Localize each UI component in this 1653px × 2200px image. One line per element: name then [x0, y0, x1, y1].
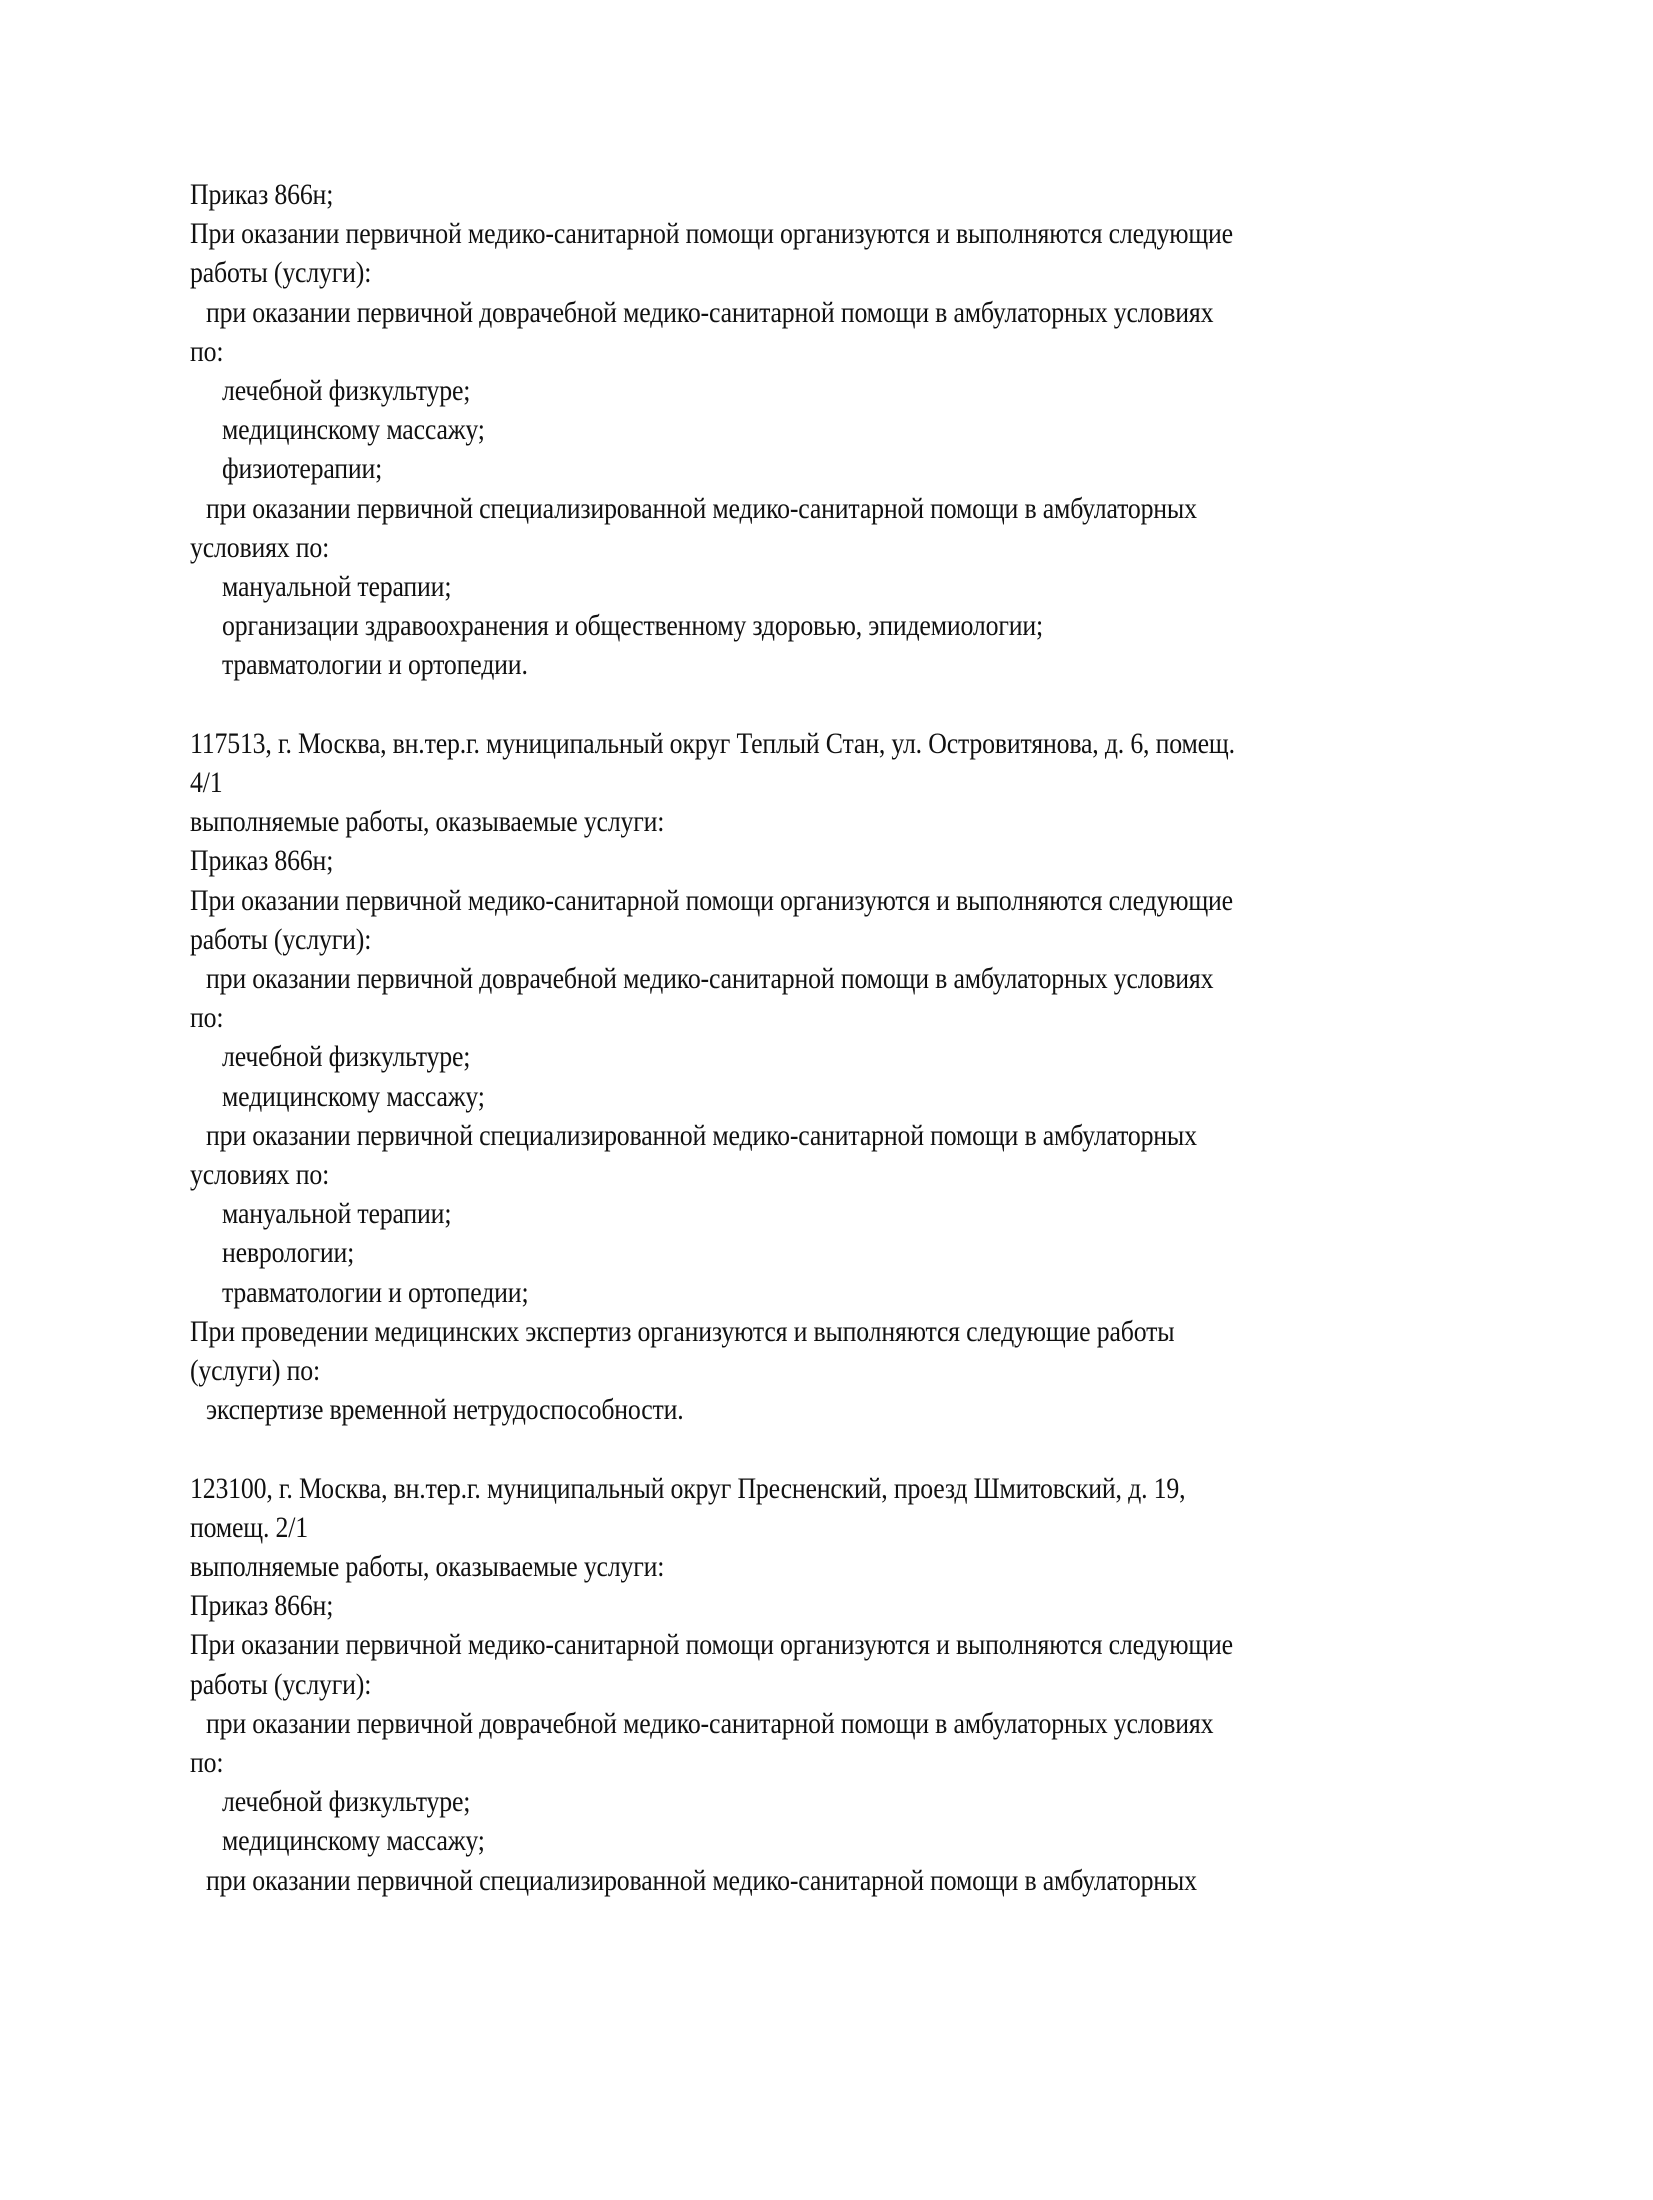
- document-line: условиях по:: [190, 1158, 329, 1192]
- document-line: 4/1: [190, 766, 222, 800]
- document-line: При проведении медицинских экспертиз орг…: [190, 1315, 1174, 1349]
- document-line: (услуги) по:: [190, 1354, 320, 1388]
- document-line: мануальной терапии;: [222, 570, 451, 604]
- document-line: при оказании первичной специализированно…: [206, 1864, 1197, 1898]
- document-line: медицинскому массажу;: [222, 413, 485, 447]
- document-line: при оказании первичной специализированно…: [206, 1119, 1197, 1153]
- document-line: работы (услуги):: [190, 923, 371, 957]
- document-line: экспертизе временной нетрудоспособности.: [206, 1393, 684, 1427]
- document-line: Приказ 866н;: [190, 1589, 333, 1623]
- document-line: лечебной физкультуре;: [222, 1040, 470, 1074]
- document-page: Приказ 866н;При оказании первичной медик…: [0, 0, 1653, 2200]
- document-line: При оказании первичной медико-санитарной…: [190, 1628, 1233, 1662]
- document-line: травматологии и ортопедии.: [222, 648, 528, 682]
- document-line: лечебной физкультуре;: [222, 1785, 470, 1819]
- document-line: по:: [190, 1001, 223, 1035]
- document-line: лечебной физкультуре;: [222, 374, 470, 408]
- document-line: При оказании первичной медико-санитарной…: [190, 217, 1233, 251]
- document-line: 117513, г. Москва, вн.тер.г. муниципальн…: [190, 727, 1235, 761]
- document-line: медицинскому массажу;: [222, 1080, 485, 1114]
- document-line: мануальной терапии;: [222, 1197, 451, 1231]
- document-line: неврологии;: [222, 1236, 354, 1270]
- document-line: при оказании первичной доврачебной медик…: [206, 1707, 1213, 1741]
- document-line: по:: [190, 1746, 223, 1780]
- document-line: при оказании первичной специализированно…: [206, 492, 1197, 526]
- document-line: при оказании первичной доврачебной медик…: [206, 296, 1213, 330]
- document-line: выполняемые работы, оказываемые услуги:: [190, 1550, 664, 1584]
- document-line: условиях по:: [190, 531, 329, 565]
- document-line: медицинскому массажу;: [222, 1824, 485, 1858]
- document-line: при оказании первичной доврачебной медик…: [206, 962, 1213, 996]
- document-line: по:: [190, 335, 223, 369]
- document-line: помещ. 2/1: [190, 1511, 308, 1545]
- document-line: Приказ 866н;: [190, 844, 333, 878]
- document-line: организации здравоохранения и общественн…: [222, 609, 1043, 643]
- document-line: травматологии и ортопедии;: [222, 1276, 528, 1310]
- document-line: Приказ 866н;: [190, 178, 333, 212]
- document-line: выполняемые работы, оказываемые услуги:: [190, 805, 664, 839]
- document-line: физиотерапии;: [222, 452, 382, 486]
- document-line: работы (услуги):: [190, 256, 371, 290]
- document-line: При оказании первичной медико-санитарной…: [190, 884, 1233, 918]
- document-line: 123100, г. Москва, вн.тер.г. муниципальн…: [190, 1472, 1185, 1506]
- document-line: работы (услуги):: [190, 1668, 371, 1702]
